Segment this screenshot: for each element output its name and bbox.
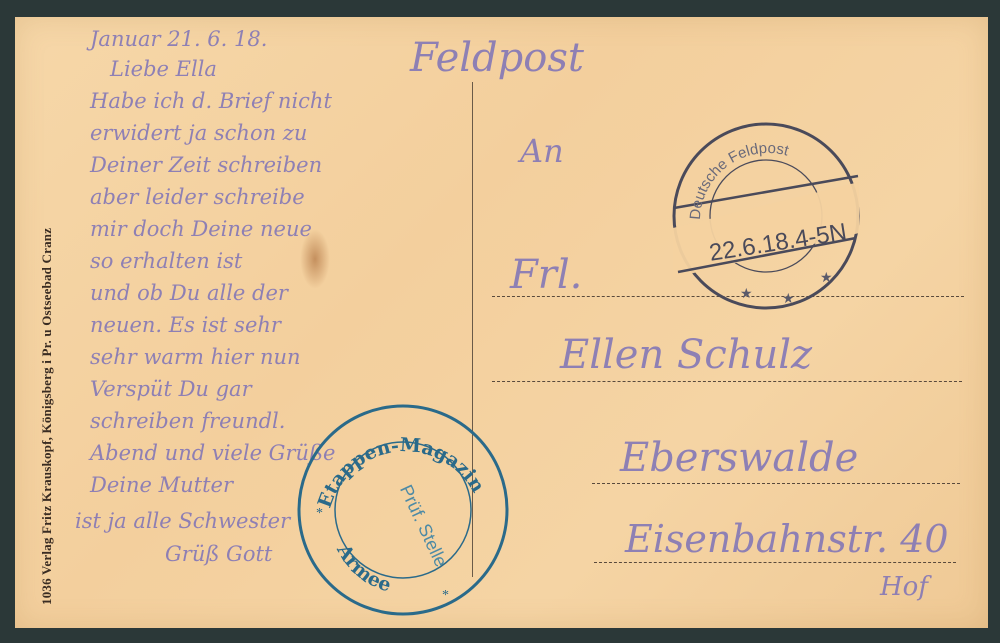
etappen-magazin-stamp: Etappen-Magazin Armee * * Prüf. Stelle bbox=[292, 399, 514, 621]
svg-text:★: ★ bbox=[820, 271, 833, 286]
svg-text:Prüf. Stelle: Prüf. Stelle bbox=[396, 482, 451, 570]
message-line: Grüß Gott bbox=[165, 542, 272, 566]
postcard: 1036 Verlag Fritz Krauskopf, Königsberg … bbox=[15, 17, 988, 628]
address-name: Ellen Schulz bbox=[560, 332, 812, 378]
message-line: sehr warm hier nun bbox=[90, 345, 301, 369]
address-note: Hof bbox=[880, 572, 928, 602]
svg-text:*: * bbox=[316, 506, 323, 521]
address-title: Frl. bbox=[510, 252, 582, 298]
feldpost-postmark: Deutsche Feldpost 22.6.18.4-5N ★ ★ ★ bbox=[670, 120, 862, 312]
address-city: Eberswalde bbox=[620, 435, 858, 481]
address-street: Eisenbahnstr. 40 bbox=[625, 517, 949, 561]
message-line: aber leider schreibe bbox=[90, 185, 305, 209]
message-line: ist ja alle Schwester bbox=[75, 509, 290, 533]
feldpost-header: Feldpost bbox=[410, 35, 584, 81]
message-line: Verspüt Du gar bbox=[90, 377, 252, 401]
message-line: schreiben freundl. bbox=[90, 409, 285, 433]
message-line: Habe ich d. Brief nicht bbox=[90, 89, 332, 113]
message-line: so erhalten ist bbox=[90, 249, 242, 273]
message-line: mir doch Deine neue bbox=[90, 217, 312, 241]
publisher-imprint: 1036 Verlag Fritz Krauskopf, Königsberg … bbox=[39, 45, 55, 605]
address-salutation: An bbox=[520, 132, 564, 170]
message-line: neuen. Es ist sehr bbox=[90, 313, 281, 337]
svg-text:★: ★ bbox=[782, 292, 795, 307]
message-line: Deiner Zeit schreiben bbox=[90, 153, 322, 177]
svg-text:★: ★ bbox=[740, 287, 753, 302]
message-line: Januar 21. 6. 18. bbox=[90, 27, 267, 51]
message-line: Liebe Ella bbox=[110, 57, 217, 81]
address-line-2 bbox=[492, 381, 962, 382]
message-line: erwidert ja schon zu bbox=[90, 121, 307, 145]
svg-text:Armee: Armee bbox=[332, 540, 394, 597]
address-line-4 bbox=[594, 562, 956, 563]
address-line-3 bbox=[592, 483, 960, 484]
message-line: und ob Du alle der bbox=[90, 281, 288, 305]
svg-text:*: * bbox=[442, 588, 449, 603]
message-line: Deine Mutter bbox=[90, 473, 233, 497]
